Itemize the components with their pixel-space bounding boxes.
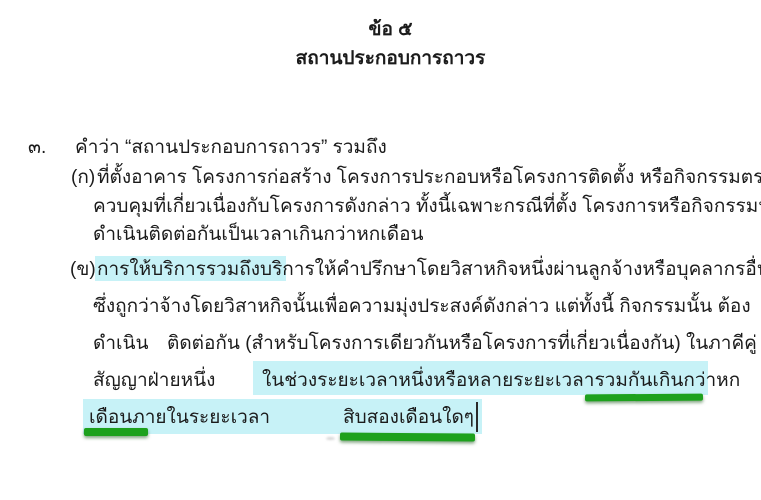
green-underline-kern-kwa-hok (585, 394, 703, 402)
clause-b-line3-part2: ติดต่อกัน (สำหรับโครงการเดียวกันหรือโครง… (167, 330, 757, 357)
item-number: ๓. (28, 134, 46, 161)
item-intro-text: คำว่า “สถานประกอบการถาวร” รวมถึง (75, 134, 387, 161)
clause-b-line5-part1: เดือนภายในระยะเวลา (89, 404, 270, 431)
document-title-line2: สถานประกอบการถาวร (10, 45, 761, 72)
text-cursor[interactable] (476, 402, 478, 432)
clause-b-line1: การให้บริการรวมถึงบริการให้คำปรึกษาโดยวิ… (97, 256, 761, 283)
clause-b-label: (ข) (70, 256, 96, 283)
document-page: ข้อ ๕ สถานประกอบการถาวร ๓. คำว่า “สถานปร… (0, 0, 761, 500)
clause-a-line2: ควบคุมที่เกี่ยวเนื่องกับโครงการดังกล่าว … (93, 193, 761, 220)
page-smudge-artifact (326, 437, 335, 440)
clause-b-line4-part1: สัญญาฝ่ายหนึ่ง (93, 367, 215, 394)
document-title-line1: ข้อ ๕ (10, 16, 761, 43)
green-underline-sip-song-duean (340, 433, 475, 442)
highlighted-text-line1: การให้บริการรวมถึงบริ (95, 256, 286, 281)
highlighted-text-line4: ในช่วงระยะเวลาหนึ่งหรือหลายระยะเวลารวมกั… (262, 367, 740, 394)
clause-a-line1: ที่ตั้งอาคาร โครงการก่อสร้าง โครงการประก… (97, 164, 761, 191)
clause-b-line2: ซึ่งถูกว่าจ้างโดยวิสาหกิจนั้นเพื่อความมุ… (93, 293, 751, 320)
clause-a-line3: ดำเนินติดต่อกันเป็นเวลาเกินกว่าหกเดือน (93, 221, 424, 248)
clause-b-line1-rest: การให้คำปรึกษาโดยวิสาหกิจหนึ่งผ่านลูกจ้า… (282, 259, 761, 280)
clause-b-line3-part1: ดำเนิน (93, 330, 148, 357)
clause-b-line5-part2: สิบสองเดือนใดๆ (343, 404, 474, 431)
clause-a-label: (ก) (71, 164, 95, 191)
